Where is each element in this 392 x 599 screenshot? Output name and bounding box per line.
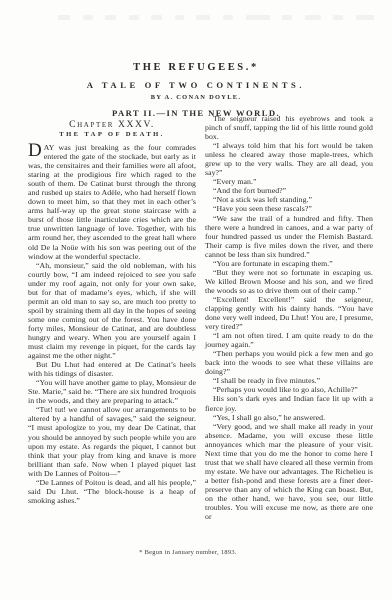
paragraph: “You are fortunate in escaping them.” bbox=[205, 259, 373, 268]
drop-cap: D bbox=[28, 143, 44, 159]
paragraph: “Tut! tut! we cannot allow our arrangeme… bbox=[28, 405, 196, 477]
paragraph: His son’s dark eyes and Indian face lit … bbox=[205, 394, 373, 412]
chapter-subheading: THE TAP OF DEATH. bbox=[28, 130, 196, 140]
footnote: * Begun in January number, 1893. bbox=[0, 549, 376, 556]
paragraph: “You will have another game to play, Mon… bbox=[28, 378, 196, 405]
bleed-mark bbox=[196, 15, 210, 20]
paragraph: “Very good, and we shall make all ready … bbox=[205, 422, 373, 522]
two-column-body: Chapter XXXV. THE TAP OF DEATH. DAY was … bbox=[28, 112, 373, 521]
paragraph: The seigneur raised his eyebrows and too… bbox=[205, 114, 373, 141]
article-byline: BY A. CONAN DOYLE. bbox=[0, 95, 392, 101]
paragraph: “I always told him that his fort would b… bbox=[205, 141, 373, 177]
bleed-mark bbox=[305, 15, 321, 20]
paragraph: “Excellent! Excellent!” said the seigneu… bbox=[205, 295, 373, 331]
bleed-mark bbox=[223, 15, 233, 20]
bleed-mark bbox=[282, 15, 292, 20]
article-header: THE REFUGEES.* A TALE OF TWO CONTINENTS.… bbox=[0, 63, 392, 117]
article-title: THE REFUGEES.* bbox=[0, 63, 392, 74]
paragraph: “Perhaps you would like to go also, Achi… bbox=[205, 385, 373, 394]
article-subtitle: A TALE OF TWO CONTINENTS. bbox=[0, 81, 392, 90]
right-column: The seigneur raised his eyebrows and too… bbox=[205, 112, 373, 521]
bleed-mark bbox=[58, 15, 70, 20]
bleed-mark bbox=[246, 15, 270, 20]
paragraph: “Ah, monsieur,” said the old nobleman, w… bbox=[28, 261, 196, 361]
bleed-mark bbox=[151, 15, 162, 20]
paragraph: “Not a stick was left standing.” bbox=[205, 195, 373, 204]
paragraph: “I am not often tired. I am quite ready … bbox=[205, 331, 373, 349]
paragraph: “Then perhaps you would pick a few men a… bbox=[205, 349, 373, 376]
paragraph: “Have you seen these rascals?” bbox=[205, 204, 373, 213]
left-column: Chapter XXXV. THE TAP OF DEATH. DAY was … bbox=[28, 112, 196, 521]
page-top-bleed-through bbox=[58, 14, 374, 20]
paragraph: “De Lannes of Poitou is dead, and all hi… bbox=[28, 478, 196, 505]
bleed-mark bbox=[105, 15, 116, 20]
paragraph: “We saw the trail of a hundred and fifty… bbox=[205, 214, 373, 259]
paragraph: “Yes, I shall go also,” he answered. bbox=[205, 413, 373, 422]
paragraph: “Every man.” bbox=[205, 177, 373, 186]
bleed-mark bbox=[83, 15, 93, 20]
paragraph: “I shall be ready in five minutes.” bbox=[205, 376, 373, 385]
chapter-heading: Chapter XXXV. bbox=[28, 119, 196, 130]
paragraph: “But they were not so fortunate in escap… bbox=[205, 268, 373, 295]
bleed-mark bbox=[333, 15, 343, 20]
paragraph-text: AY was just breaking as the four comrade… bbox=[28, 143, 196, 261]
paragraph: “And the fort burned?” bbox=[205, 186, 373, 195]
bleed-mark bbox=[356, 15, 374, 20]
magazine-page: THE REFUGEES.* A TALE OF TWO CONTINENTS.… bbox=[0, 0, 392, 599]
bleed-mark bbox=[175, 15, 184, 20]
paragraph: But Du Lhut had entered at De Catinat’s … bbox=[28, 360, 196, 378]
bleed-mark bbox=[129, 15, 139, 20]
paragraph: DAY was just breaking as the four comrad… bbox=[28, 143, 196, 261]
